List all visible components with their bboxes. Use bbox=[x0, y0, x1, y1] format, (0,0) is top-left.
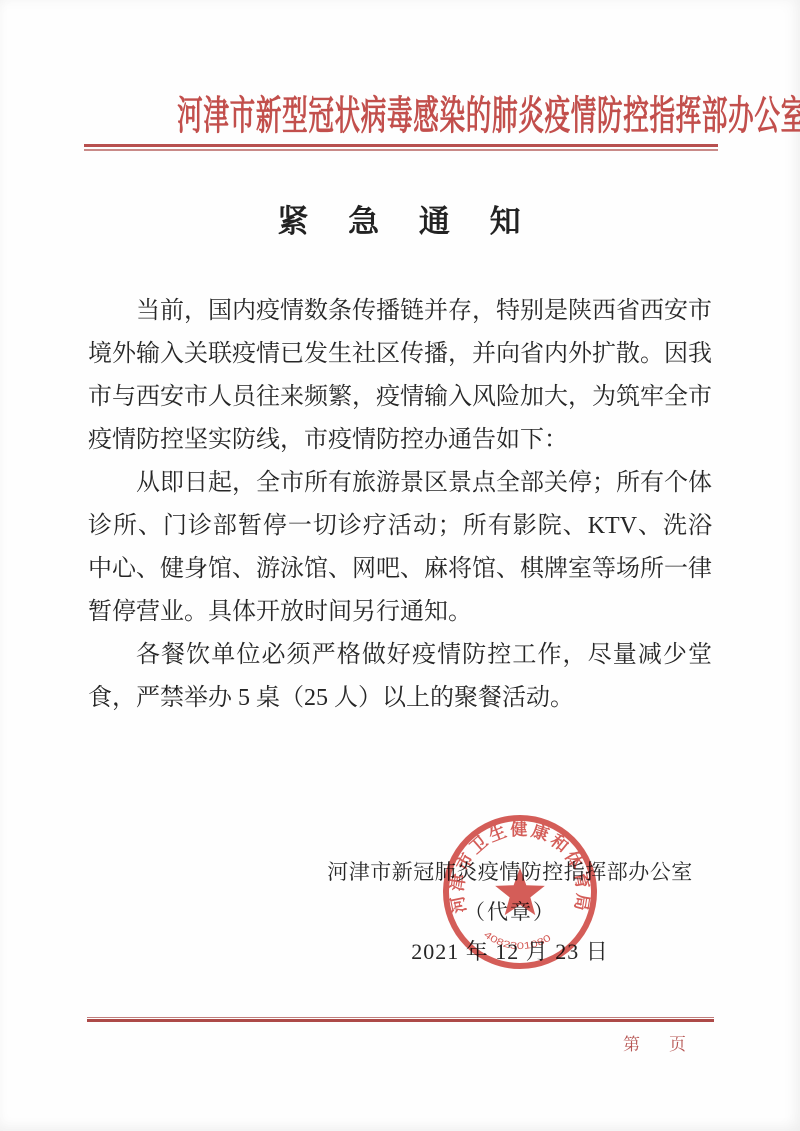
letterhead: 河津市新型冠状病毒感染的肺炎疫情防控指挥部办公室 bbox=[0, 84, 800, 141]
letterhead-divider-rule bbox=[84, 144, 718, 151]
footer-rule bbox=[87, 1017, 714, 1022]
document-title: 紧 急 通 知 bbox=[0, 196, 800, 241]
seal-serial-number: 4082301080 bbox=[482, 929, 554, 952]
letterhead-org-name: 河津市新型冠状病毒感染的肺炎疫情防控指挥部办公室 bbox=[177, 84, 800, 141]
paragraph-1: 当前，国内疫情数条传播链并存，特别是陕西省西安市境外输入关联疫情已发生社区传播，… bbox=[88, 290, 712, 462]
page-number-label: 第 页 bbox=[623, 1030, 692, 1055]
official-seal: 河津市卫生健康和体育局 4082301080 bbox=[440, 812, 600, 972]
document-page: 河津市新型冠状病毒感染的肺炎疫情防控指挥部办公室 紧 急 通 知 当前，国内疫情… bbox=[0, 0, 800, 1131]
svg-text:4082301080: 4082301080 bbox=[482, 929, 554, 952]
paragraph-2: 从即日起，全市所有旅游景区景点全部关停；所有个体诊所、门诊部暂停一切诊疗活动；所… bbox=[88, 462, 712, 634]
paragraph-3: 各餐饮单位必须严格做好疫情防控工作，尽量减少堂食，严禁举办 5 桌（25 人）以… bbox=[88, 634, 712, 720]
document-body: 当前，国内疫情数条传播链并存，特别是陕西省西安市境外输入关联疫情已发生社区传播，… bbox=[88, 290, 712, 720]
star-icon bbox=[495, 868, 545, 915]
